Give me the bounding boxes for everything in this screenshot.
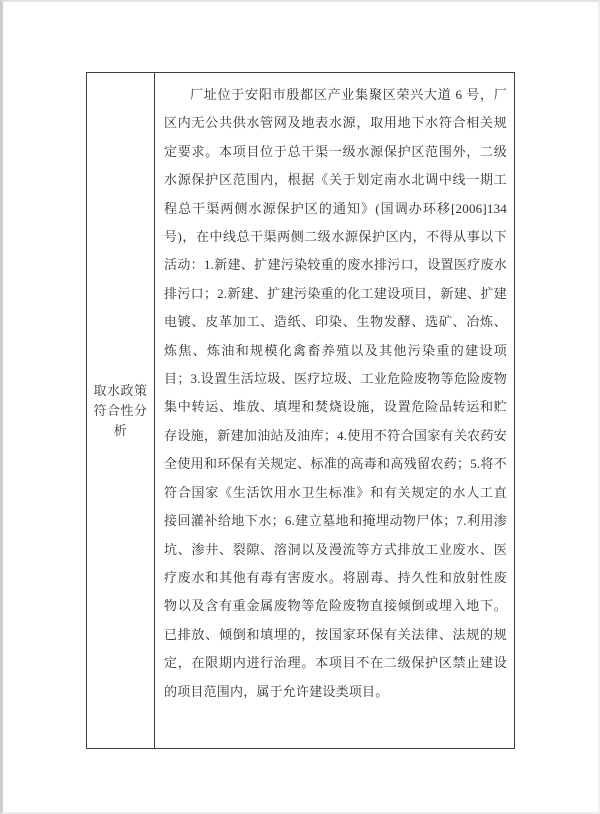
row-header-text-line-3: 析 xyxy=(114,421,128,441)
analysis-paragraph-text: 厂址位于安阳市殷都区产业集聚区荣兴大道 6 号，厂区内无公共供水管网及地表水源，… xyxy=(164,81,507,706)
row-content-cell: 厂址位于安阳市殷都区产业集聚区荣兴大道 6 号，厂区内无公共供水管网及地表水源，… xyxy=(155,73,514,748)
document-table: 取水政策 符合性分 析 厂址位于安阳市殷都区产业集聚区荣兴大道 6 号，厂区内无… xyxy=(86,72,515,749)
row-header-cell: 取水政策 符合性分 析 xyxy=(87,73,155,748)
document-page: 取水政策 符合性分 析 厂址位于安阳市殷都区产业集聚区荣兴大道 6 号，厂区内无… xyxy=(0,0,600,814)
row-header-text-line-2: 符合性分 xyxy=(93,401,147,421)
row-header-text-line-1: 取水政策 xyxy=(93,381,147,401)
